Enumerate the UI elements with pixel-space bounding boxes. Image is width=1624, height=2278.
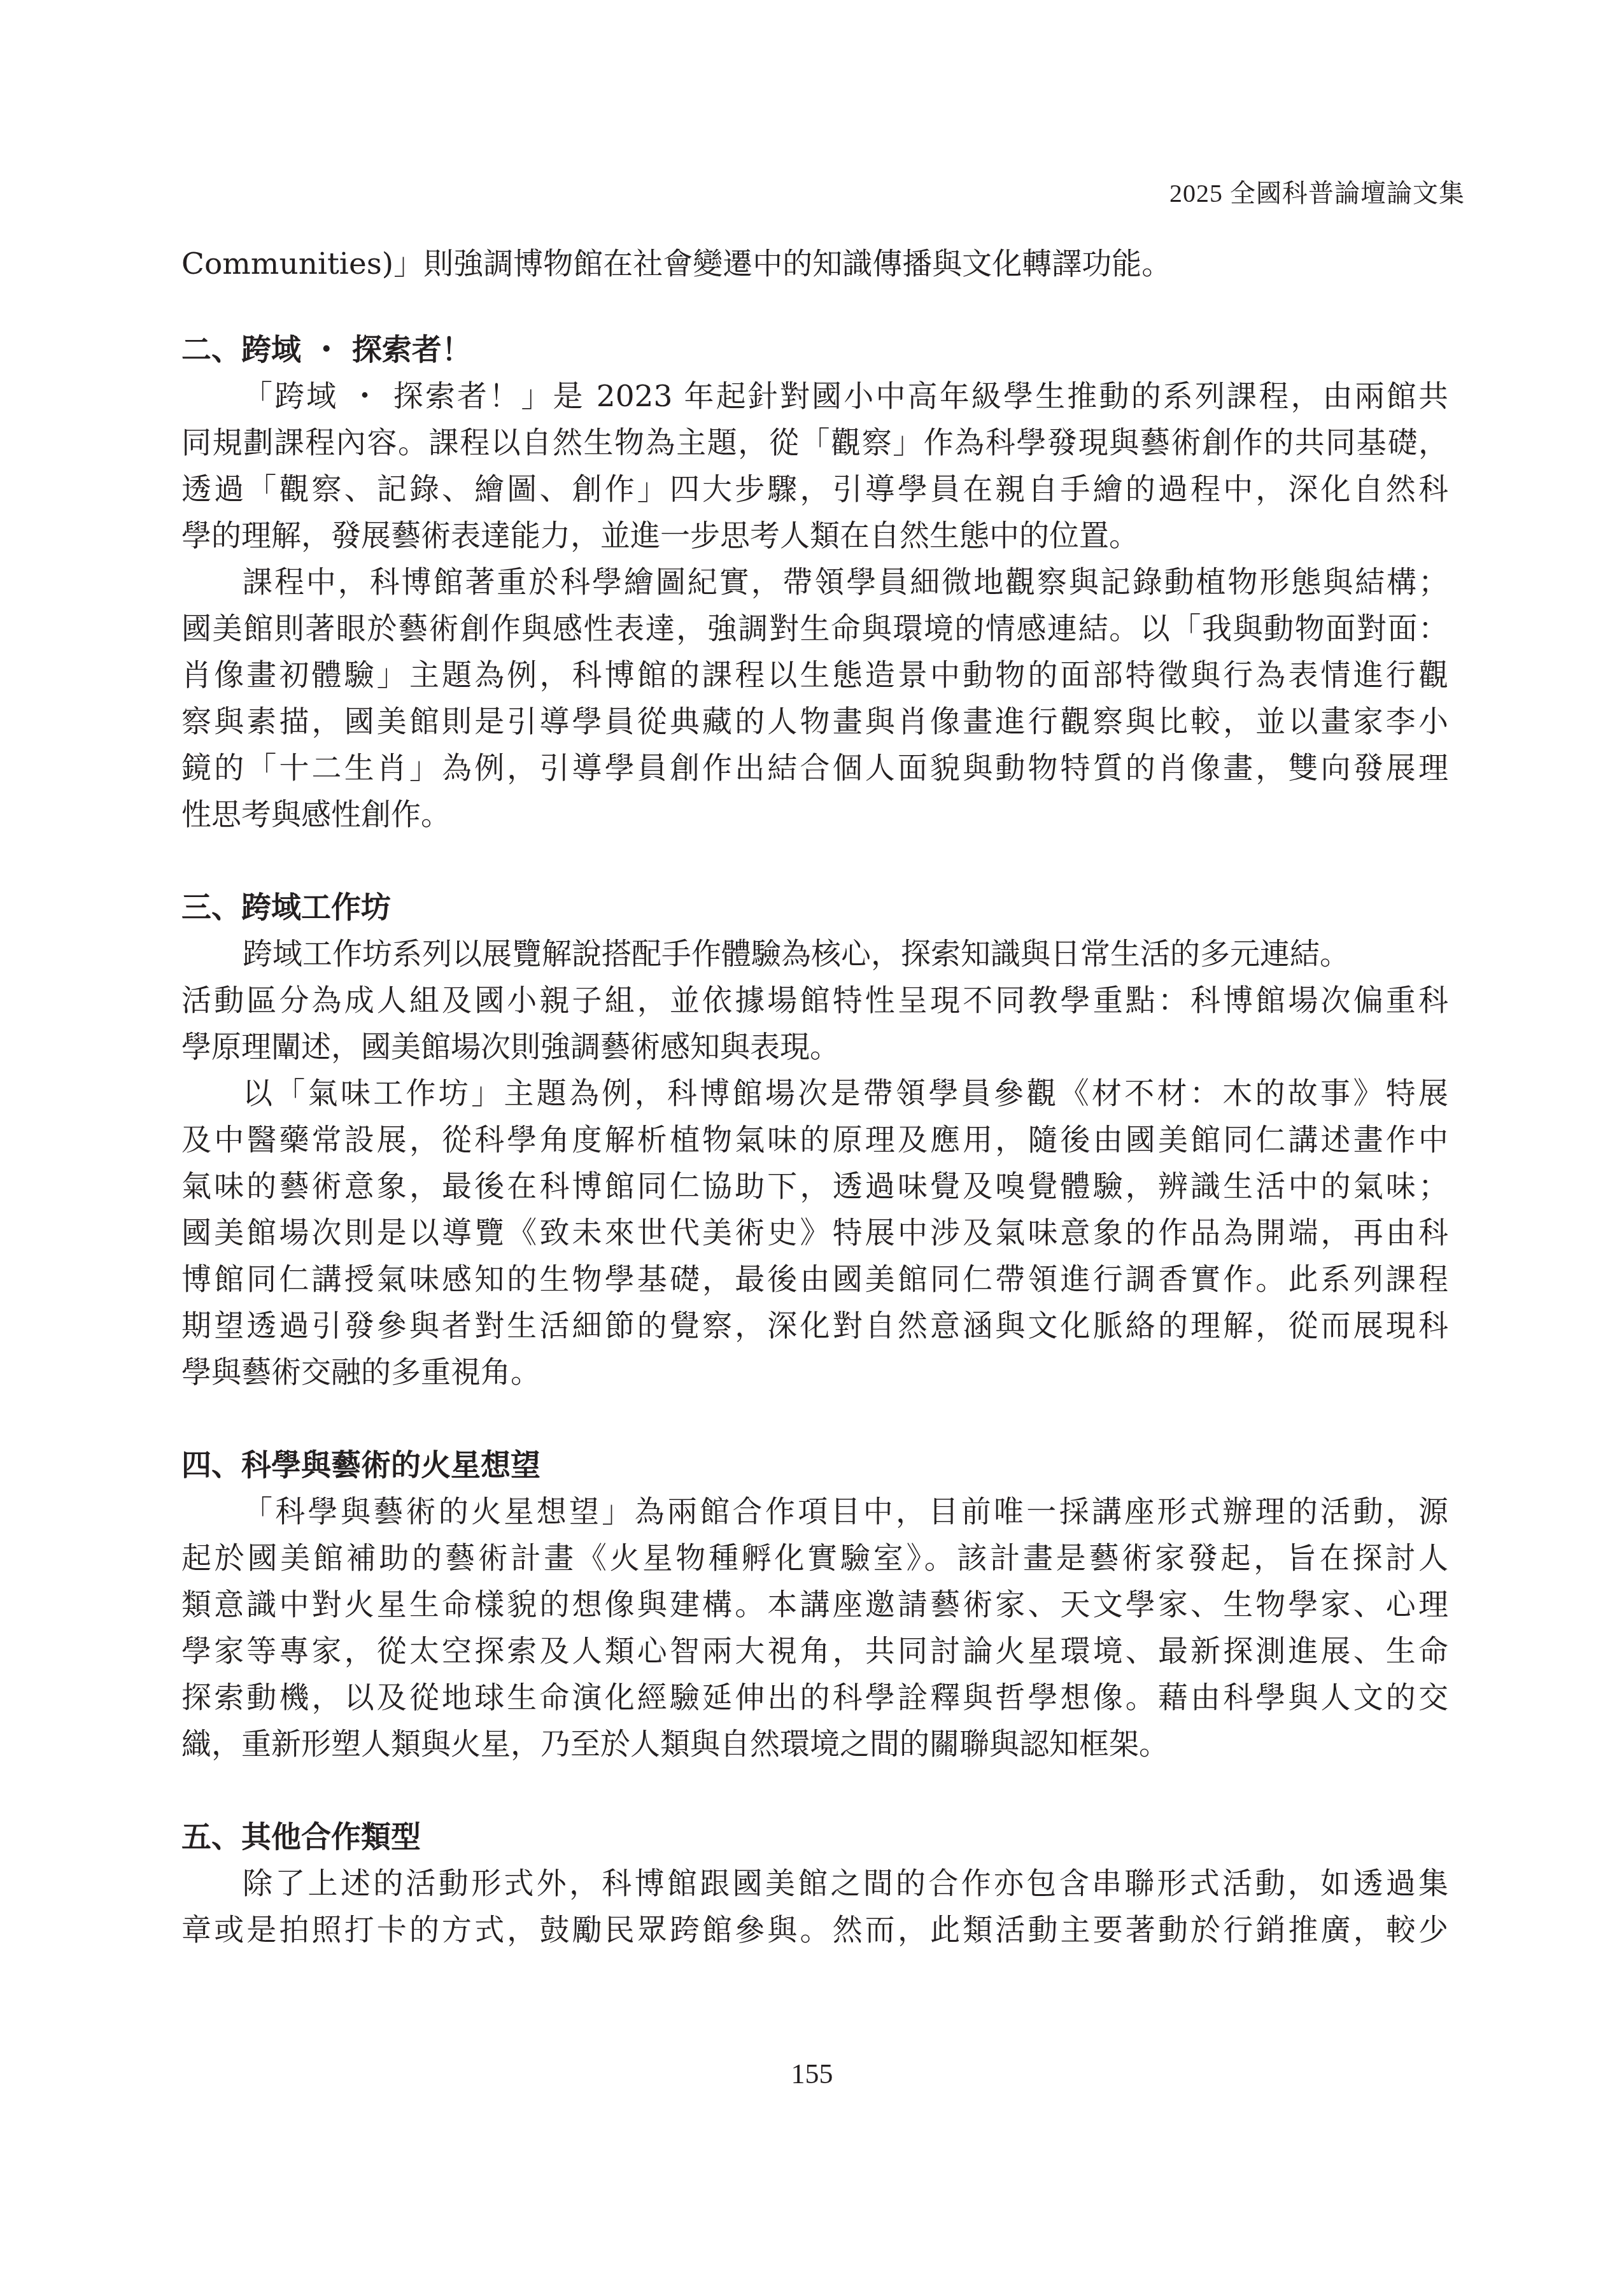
body-line: 課程中，科博館著重於科學繪圖紀實，帶領學員細微地觀察與記錄動植物形態與結構； bbox=[181, 559, 1448, 605]
paragraph: 以「氣味工作坊」主題為例，科博館場次是帶領學員參觀《材不材：木的故事》特展 及中… bbox=[181, 1070, 1448, 1396]
body-line: 及中醫藥常設展，從科學角度解析植物氣味的原理及應用，隨後由國美館同仁講述畫作中 bbox=[181, 1117, 1448, 1163]
body-line: 跨域工作坊系列以展覽解說搭配手作體驗為核心，探索知識與日常生活的多元連結。 bbox=[181, 931, 1448, 977]
paragraph: 除了上述的活動形式外，科博館跟國美館之間的合作亦包含串聯形式活動，如透過集 章或… bbox=[181, 1860, 1448, 1953]
body-line: 活動區分為成人組及國小親子組，並依據場館特性呈現不同教學重點：科博館場次偏重科 bbox=[181, 977, 1448, 1024]
body-line: 學家等專家，從太空探索及人類心智兩大視角，共同討論火星環境、最新探測進展、生命 bbox=[181, 1628, 1448, 1674]
body-line: 以「氣味工作坊」主題為例，科博館場次是帶領學員參觀《材不材：木的故事》特展 bbox=[181, 1070, 1448, 1117]
body-line: 探索動機，以及從地球生命演化經驗延伸出的科學詮釋與哲學想像。藉由科學與人文的交 bbox=[181, 1674, 1448, 1721]
paragraph: 「跨域 ・ 探索者！」是 2023 年起針對國小中高年級學生推動的系列課程，由兩… bbox=[181, 373, 1448, 559]
body-line: 織，重新形塑人類與火星，乃至於人類與自然環境之間的關聯與認知框架。 bbox=[181, 1721, 1448, 1767]
body-line: 「科學與藝術的火星想望」為兩館合作項目中，目前唯一採講座形式辦理的活動，源 bbox=[181, 1489, 1448, 1535]
body-line: 章或是拍照打卡的方式，鼓勵民眾跨館參與。然而，此類活動主要著動於行銷推廣，較少 bbox=[181, 1907, 1448, 1953]
body-line: 透過「觀察、記錄、繪圖、創作」四大步驟，引導學員在親自手繪的過程中，深化自然科 bbox=[181, 466, 1448, 513]
body-line: 類意識中對火星生命樣貌的想像與建構。本講座邀請藝術家、天文學家、生物學家、心理 bbox=[181, 1581, 1448, 1628]
body-line: 博館同仁講授氣味感知的生物學基礎，最後由國美館同仁帶領進行調香實作。此系列課程 bbox=[181, 1256, 1448, 1303]
body-line: 學原理闡述，國美館場次則強調藝術感知與表現。 bbox=[181, 1024, 1448, 1070]
body-line: 「跨域 ・ 探索者！」是 2023 年起針對國小中高年級學生推動的系列課程，由兩… bbox=[181, 373, 1448, 420]
body-line: 鏡的「十二生肖」為例，引導學員創作出結合個人面貌與動物特質的肖像畫，雙向發展理 bbox=[181, 745, 1448, 791]
section-heading: 二、跨域 ・ 探索者！ bbox=[181, 327, 1448, 373]
body-line: Communities)」則強調博物館在社會變遷中的知識傳播與文化轉譯功能。 bbox=[181, 241, 1448, 287]
page-number: 155 bbox=[0, 2058, 1624, 2090]
body-line: 國美館場次則是以導覽《致未來世代美術史》特展中涉及氣味意象的作品為開端，再由科 bbox=[181, 1210, 1448, 1256]
body-line: 肖像畫初體驗」主題為例，科博館的課程以生態造景中動物的面部特徵與行為表情進行觀 bbox=[181, 652, 1448, 698]
body-line: 同規劃課程內容。課程以自然生物為主題，從「觀察」作為科學發現與藝術創作的共同基礎… bbox=[181, 420, 1448, 466]
body-line: 學的理解，發展藝術表達能力，並進一步思考人類在自然生態中的位置。 bbox=[181, 513, 1448, 559]
body-line: 國美館則著眼於藝術創作與感性表達，強調對生命與環境的情感連結。以「我與動物面對面… bbox=[181, 605, 1448, 652]
body-line: 除了上述的活動形式外，科博館跟國美館之間的合作亦包含串聯形式活動，如透過集 bbox=[181, 1860, 1448, 1907]
paragraph: 跨域工作坊系列以展覽解說搭配手作體驗為核心，探索知識與日常生活的多元連結。 活動… bbox=[181, 931, 1448, 1070]
body-line: 性思考與感性創作。 bbox=[181, 791, 1448, 838]
paragraph: 「科學與藝術的火星想望」為兩館合作項目中，目前唯一採講座形式辦理的活動，源 起於… bbox=[181, 1489, 1448, 1767]
body-line: 期望透過引發參與者對生活細節的覺察，深化對自然意涵與文化脈絡的理解，從而展現科 bbox=[181, 1303, 1448, 1349]
body-line: 氣味的藝術意象，最後在科博館同仁協助下，透過味覺及嗅覺體驗，辨識生活中的氣味； bbox=[181, 1163, 1448, 1210]
section-heading: 五、其他合作類型 bbox=[181, 1814, 1448, 1860]
section-heading: 三、跨域工作坊 bbox=[181, 884, 1448, 931]
body-line: 察與素描，國美館則是引導學員從典藏的人物畫與肖像畫進行觀察與比較，並以畫家李小 bbox=[181, 698, 1448, 745]
page-body: Communities)」則強調博物館在社會變遷中的知識傳播與文化轉譯功能。 二… bbox=[181, 241, 1448, 1953]
section-heading: 四、科學與藝術的火星想望 bbox=[181, 1442, 1448, 1489]
paragraph: 課程中，科博館著重於科學繪圖紀實，帶領學員細微地觀察與記錄動植物形態與結構； 國… bbox=[181, 559, 1448, 838]
running-header: 2025 全國科普論壇論文集 bbox=[1169, 173, 1465, 209]
body-line: 學與藝術交融的多重視角。 bbox=[181, 1349, 1448, 1396]
body-line: 起於國美館補助的藝術計畫《火星物種孵化實驗室》。該計畫是藝術家發起，旨在探討人 bbox=[181, 1535, 1448, 1581]
